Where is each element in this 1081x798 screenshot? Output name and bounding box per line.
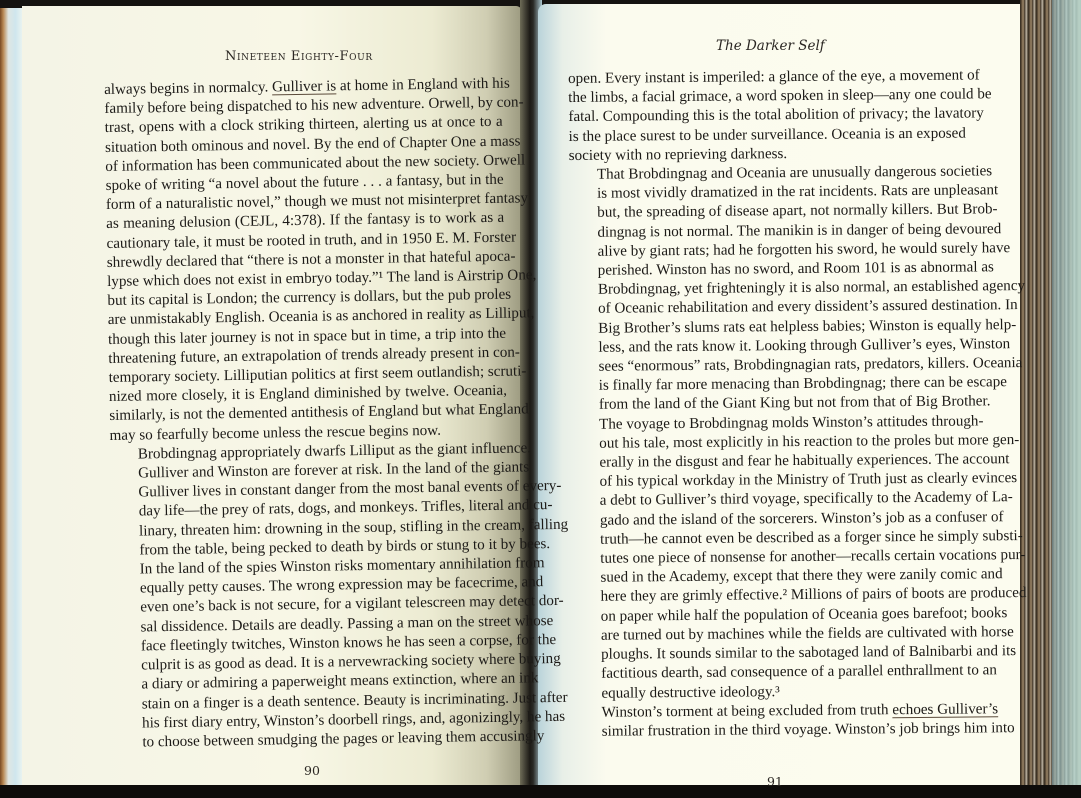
left-page-number: 90 [304, 763, 320, 778]
left-running-head: Nineteen Eighty-Four [225, 49, 373, 64]
left-page-body: always begins in normalcy. Gulliver is a… [104, 75, 513, 753]
paragraph: The voyage to Brobdingnag molds Winston’… [571, 412, 969, 703]
paragraph: That Brobdingnag and Oceania are unusual… [569, 163, 967, 416]
bottom-shadow [0, 785, 1081, 798]
paragraph: Brobdingnag appropriately dwarfs Lillipu… [110, 440, 513, 753]
right-page-number: 91 [767, 774, 783, 789]
text-line: is the place surest to be under surveill… [569, 124, 965, 147]
right-running-head: The Darker Self [716, 38, 825, 54]
paragraph: always begins in normalcy. Gulliver is a… [104, 75, 508, 446]
underlined-phrase: Gulliver is [272, 78, 336, 95]
right-edge-highlight [1052, 0, 1081, 798]
text-line: similar frustration in the third voyage.… [574, 719, 970, 742]
right-page-body: open. Every instant is imperiled: a glan… [568, 67, 970, 743]
open-book-spread: Nineteen Eighty-Four The Darker Self alw… [0, 0, 1081, 798]
text-line: factitious dearth, sad consequence of a … [573, 662, 969, 685]
underlined-phrase: echoes Gulliver’s [892, 701, 998, 718]
paragraph: open. Every instant is imperiled: a glan… [568, 67, 965, 166]
paragraph: Winston’s torment at being excluded from… [574, 700, 970, 742]
